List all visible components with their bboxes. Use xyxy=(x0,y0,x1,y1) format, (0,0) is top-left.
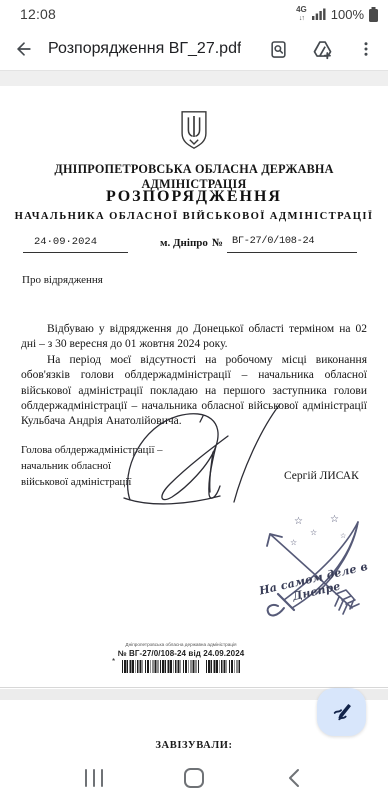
doc-number-label: № xyxy=(212,237,223,249)
star-icon: ☆ xyxy=(290,538,297,547)
home-button[interactable] xyxy=(170,756,218,800)
find-in-file-icon xyxy=(269,40,288,59)
signal-strength-icon xyxy=(312,8,326,20)
document-title: Розпорядження ВГ_27.pdf xyxy=(48,40,241,58)
overflow-menu-button[interactable] xyxy=(344,28,388,70)
barcode: * xyxy=(120,660,242,673)
status-bar: 12:08 4G ↓↑ 100% xyxy=(0,0,388,28)
doc-subtitle: НАЧАЛЬНИКА ОБЛАСНОЇ ВІЙСЬКОВОЇ АДМІНІСТР… xyxy=(0,211,388,222)
battery-icon xyxy=(369,7,378,22)
body-paragraph: Відбуваю у відрядження до Донецької обла… xyxy=(21,322,367,353)
star-icon: ☆ xyxy=(310,528,317,537)
add-to-drive-button[interactable] xyxy=(300,28,344,70)
battery-percent: 100% xyxy=(331,7,364,22)
viewer-background xyxy=(0,70,388,86)
app-toolbar: Розпорядження ВГ_27.pdf xyxy=(0,28,388,70)
toolbar-actions xyxy=(256,28,388,70)
doc-city: м. Дніпро xyxy=(160,237,208,249)
barcode-org-line: Дніпропетровська обласна державна адміні… xyxy=(115,643,248,648)
ukraine-trident-emblem xyxy=(180,110,208,150)
find-in-file-button[interactable] xyxy=(256,28,300,70)
handwritten-signature xyxy=(112,400,294,518)
home-icon xyxy=(183,767,205,789)
back-arrow-icon xyxy=(14,39,34,59)
doc-subject: Про відрядження xyxy=(22,274,103,286)
annotate-fab-button[interactable] xyxy=(317,688,366,736)
doc-type-heading: РОЗПОРЯДЖЕННЯ xyxy=(0,188,388,206)
doc-number: ВГ-27/0/108-24 xyxy=(232,235,314,247)
status-icons: 4G ↓↑ 100% xyxy=(296,0,378,28)
drive-add-icon xyxy=(312,39,333,60)
doc-date: 24·09·2024 xyxy=(34,236,97,248)
back-button[interactable] xyxy=(0,28,48,70)
network-4g-icon: 4G ↓↑ xyxy=(296,6,307,22)
three-dot-menu-icon xyxy=(357,40,375,58)
watermark-stamp: ☆ ☆ ☆ ☆ ☆ На самом деле в Днепре xyxy=(250,512,380,630)
android-nav-bar xyxy=(0,756,388,800)
back-nav-button[interactable] xyxy=(270,756,318,800)
barcode-bars-left xyxy=(122,660,200,673)
barcode-start-char: * xyxy=(112,657,115,666)
registration-barcode-block: Дніпропетровська обласна державна адміні… xyxy=(96,642,266,673)
barcode-number-line: № ВГ-27/0/108-24 від 24.09.2024 xyxy=(96,649,266,658)
back-chevron-icon xyxy=(287,768,301,788)
pdf-page-1[interactable]: ДНІПРОПЕТРОВСЬКА ОБЛАСНА ДЕРЖАВНА АДМІНІ… xyxy=(0,86,388,688)
annotate-pen-icon xyxy=(331,701,353,723)
barcode-bars-right xyxy=(206,660,240,673)
phone-screen: 12:08 4G ↓↑ 100% Розпоряд xyxy=(0,0,388,800)
page2-heading: ЗАВІЗУВАЛИ: xyxy=(0,740,388,751)
signer-name: Сергій ЛИСАК xyxy=(284,470,359,482)
recents-icon xyxy=(84,769,104,787)
star-icon: ☆ xyxy=(340,532,346,540)
date-underline xyxy=(23,252,128,253)
recents-button[interactable] xyxy=(70,756,118,800)
number-underline xyxy=(227,252,357,253)
star-icon: ☆ xyxy=(330,514,339,525)
star-icon: ☆ xyxy=(294,516,303,527)
clock: 12:08 xyxy=(20,6,56,22)
